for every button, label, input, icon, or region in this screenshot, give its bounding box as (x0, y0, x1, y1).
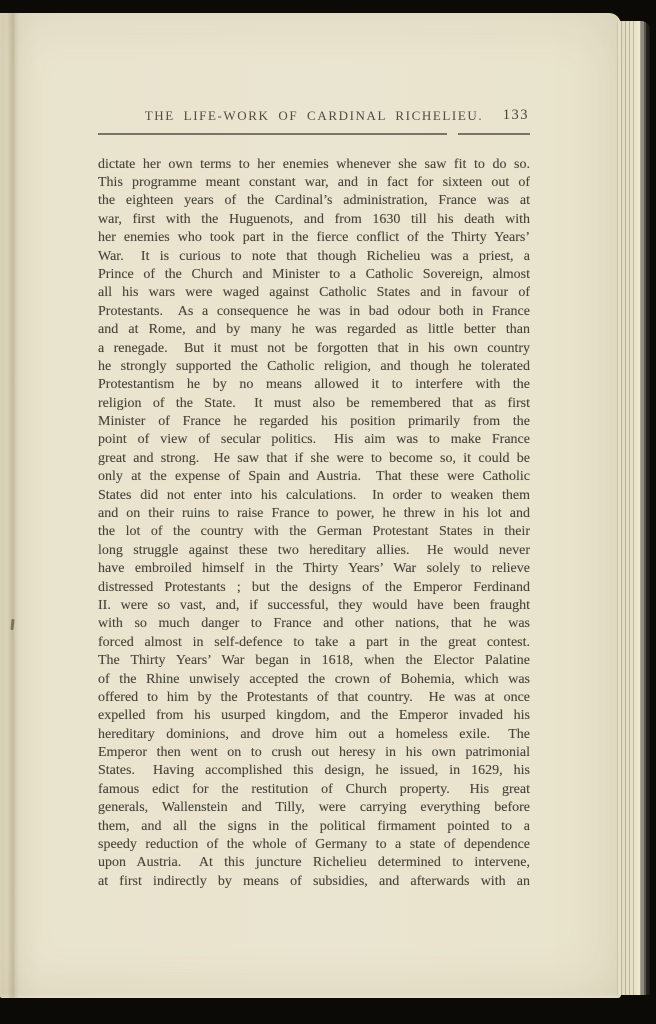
header-rule-right-segment (458, 133, 530, 135)
text-line: the lot of the country with the German P… (98, 523, 530, 541)
paragraph: The Thirty Years’ War began in 1618, whe… (98, 652, 530, 891)
header-rule (98, 133, 530, 135)
text-line: hereditary dominions, and drove him out … (98, 726, 530, 744)
paragraph: dictate her own terms to her enemies whe… (98, 156, 530, 653)
text-line: Protestants. As a consequence he was in … (98, 303, 530, 321)
body-text: dictate her own terms to her enemies whe… (98, 156, 530, 892)
text-line: her enemies who took part in the fierce … (98, 229, 530, 247)
text-line: a renegade. But it must not be forgotten… (98, 340, 530, 358)
text-line: and at Rome, and by many he was regarded… (98, 321, 530, 339)
text-line: expelled from his usurped kingdom, and t… (98, 707, 530, 725)
text-line: point of view of secular politics. His a… (98, 431, 530, 449)
page-content: THE LIFE-WORK OF CARDINAL RICHELIEU. 133… (98, 13, 530, 891)
text-line: upon Austria. At this juncture Richelieu… (98, 854, 530, 872)
book-page: THE LIFE-WORK OF CARDINAL RICHELIEU. 133… (0, 13, 621, 998)
text-line: Protestantism he by no means allowed it … (98, 376, 530, 394)
text-line: of the Rhine unwisely accepted the crown… (98, 671, 530, 689)
text-line: long struggle against these two heredita… (98, 542, 530, 560)
text-line: speedy reduction of the whole of Germany… (98, 836, 530, 854)
text-line: them, and all the signs in the political… (98, 818, 530, 836)
text-line: The Thirty Years’ War began in 1618, whe… (98, 652, 530, 670)
text-line: only at the expense of Spain and Austria… (98, 468, 530, 486)
page-edge-stack (617, 21, 650, 995)
text-line: generals, Wallenstein and Tilly, were ca… (98, 799, 530, 817)
text-line: great and strong. He saw that if she wer… (98, 450, 530, 468)
text-line: II. were so vast, and, if successful, th… (98, 597, 530, 615)
text-line: he strongly supported the Catholic relig… (98, 358, 530, 376)
page-number: 133 (503, 107, 529, 124)
text-line: all his wars were waged against Catholic… (98, 284, 530, 302)
text-line: forced almost in self-defence to take a … (98, 634, 530, 652)
text-line: offered to him by the Protestants of tha… (98, 689, 530, 707)
text-line: with so much danger to France and other … (98, 615, 530, 633)
text-line: States did not enter into his calculatio… (98, 487, 530, 505)
text-line: have embroiled himself in the Thirty Yea… (98, 560, 530, 578)
text-line: States. Having accomplished this design,… (98, 762, 530, 780)
running-title: THE LIFE-WORK OF CARDINAL RICHELIEU. (98, 108, 530, 124)
text-line: Emperor then went on to crush out heresy… (98, 744, 530, 762)
text-line: dictate her own terms to her enemies whe… (98, 156, 530, 174)
text-line: This programme meant constant war, and i… (98, 174, 530, 192)
text-line: War. It is curious to note that though R… (98, 248, 530, 266)
header-rule-left-segment (98, 133, 447, 135)
text-line: and on their ruins to raise France to po… (98, 505, 530, 523)
text-line: Minister of France he regarded his posit… (98, 413, 530, 431)
text-line: famous edict for the restitution of Chur… (98, 781, 530, 799)
text-line: religion of the State. It must also be r… (98, 395, 530, 413)
text-line: distressed Protestants ; but the designs… (98, 579, 530, 597)
text-line: at first indirectly by means of subsidie… (98, 873, 530, 891)
page-gutter-shadow (7, 13, 23, 998)
text-line: Prince of the Church and Minister to a C… (98, 266, 530, 284)
book-scan-scene: THE LIFE-WORK OF CARDINAL RICHELIEU. 133… (0, 0, 656, 1024)
text-line: the eighteen years of the Cardinal’s adm… (98, 192, 530, 210)
text-line: war, first with the Huguenots, and from … (98, 211, 530, 229)
page-header: THE LIFE-WORK OF CARDINAL RICHELIEU. 133 (98, 108, 530, 124)
